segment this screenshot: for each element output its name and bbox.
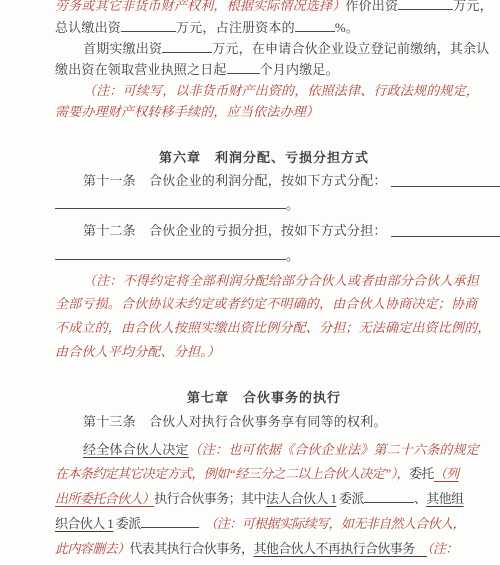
body-text: 执行合伙事务；其中 bbox=[154, 491, 266, 506]
document-line-1: 劳务或其它非货币财产权利，根据实际情况选择）作价出资万元， bbox=[55, 0, 473, 14]
fill-in-blank-tail bbox=[391, 236, 500, 237]
body-text: 委派 bbox=[113, 516, 140, 531]
note-text: （列 bbox=[434, 466, 459, 481]
body-text: %。 bbox=[335, 20, 359, 35]
body-text: 万元，占注册资本的 bbox=[176, 20, 295, 35]
body-text: 缴出资在领取营业执照之日起 bbox=[55, 62, 227, 77]
note-text: 需要办理财产权转移手续的，应当依法办理） bbox=[55, 104, 319, 119]
document-line-12: （注：不得约定将全部利润分配给部分合伙人或者由部分合伙人承担 bbox=[55, 272, 500, 289]
note-text: （注：也可依据《合伙企业法》第二十六条的规定 bbox=[189, 442, 479, 457]
body-text: 其他组 bbox=[426, 491, 463, 506]
body-text: 万元， bbox=[453, 0, 493, 13]
body-text: 织合伙人 1 bbox=[55, 516, 113, 531]
body-text: 法人合伙人 1 bbox=[266, 491, 337, 506]
note-text: （注：可续写，以非货币财产出资的，依照法律、行政法规的规定， bbox=[83, 83, 479, 98]
note-text: 劳务或其它非货币财产权利，根据实际情况选择） bbox=[55, 0, 345, 13]
note-text: 此内容删去） bbox=[55, 541, 129, 556]
fill-in-blank bbox=[295, 19, 335, 32]
document-line-4: 缴出资在领取营业执照之日起个月内缴足。 bbox=[55, 61, 473, 78]
fill-in-blank bbox=[55, 247, 286, 260]
fill-in-blank bbox=[398, 0, 453, 10]
note-text: 出所委托合伙人） bbox=[55, 491, 154, 506]
fill-in-blank bbox=[121, 19, 176, 32]
fill-in-blank-tail bbox=[391, 186, 500, 187]
note-text: （注：可根据实际续写，如无非自然人合伙人， bbox=[199, 516, 465, 531]
note-text: （注：不得约定将全部利润分配给部分合伙人或者由部分合伙人承担 bbox=[83, 273, 479, 288]
body-text: 第十一条 合伙企业的利润分配，按如下方式分配： bbox=[83, 172, 387, 189]
note-text: 不成立的，由合伙人按照实缴出资比例分配、分担；无法确定出资比例的， bbox=[55, 320, 491, 335]
body-text: 其他合伙人不再执行合伙事务 bbox=[253, 541, 427, 556]
document-line-18: 经全体合伙人决定（注：也可依据《合伙企业法》第二十六条的规定 bbox=[55, 441, 500, 458]
body-text: 、 bbox=[414, 491, 426, 506]
note-text: 全部亏损。合伙协议未约定或者约定不明确的，由合伙人协商决定；协商 bbox=[55, 296, 477, 311]
document-line-21: 织合伙人 1 委派 （注：可根据实际续写，如无非自然人合伙人， bbox=[55, 515, 473, 532]
chapter-heading-6: 第六章 利润分配、亏损分担方式 bbox=[55, 149, 473, 166]
body-text: 总认缴出资 bbox=[55, 20, 121, 35]
document-line-3: 首期实缴出资万元，在申请合伙企业设立登记前缴纳，其余认 bbox=[55, 40, 500, 57]
document-line-2: 总认缴出资万元，占注册资本的%。 bbox=[55, 19, 473, 36]
note-text: 在本条约定其它决定方式，例如“经三分之二以上合伙人决定”）， bbox=[55, 466, 409, 481]
document-line-8: 第十一条 合伙企业的利润分配，按如下方式分配： bbox=[55, 172, 500, 189]
note-text: 由合伙人平均分配、分担。） bbox=[55, 344, 220, 359]
body-text: 个月内缴足。 bbox=[260, 62, 339, 77]
body-text: 。 bbox=[286, 197, 299, 212]
chapter-heading-7: 第七章 合伙事务的执行 bbox=[55, 389, 473, 406]
fill-in-blank bbox=[227, 61, 260, 74]
body-text: 委托 bbox=[409, 466, 434, 481]
body-text: 作价出资 bbox=[345, 0, 398, 13]
document-line-11: 。 bbox=[55, 247, 473, 264]
body-text: 代表其执行合伙事务， bbox=[129, 541, 253, 556]
document-line-5: （注：可续写，以非货币财产出资的，依照法律、行政法规的规定， bbox=[55, 82, 500, 99]
document-page: 劳务或其它非货币财产权利，根据实际情况选择）作价出资万元，总认缴出资万元，占注册… bbox=[0, 0, 500, 565]
body-text: 。 bbox=[286, 248, 299, 263]
document-line-9: 。 bbox=[55, 196, 473, 213]
body-text: 经全体合伙人决定 bbox=[83, 442, 189, 457]
fill-in-blank bbox=[162, 40, 212, 53]
fill-in-blank bbox=[55, 196, 286, 209]
body-text: 第十三条 合伙人对执行合伙事务享有同等的权利。 bbox=[83, 414, 387, 429]
document-line-13: 全部亏损。合伙协议未约定或者约定不明确的，由合伙人协商决定；协商 bbox=[55, 295, 473, 312]
body-text: 首期实缴出资 bbox=[83, 41, 162, 56]
body-text: 第六章 利润分配、亏损分担方式 bbox=[159, 150, 369, 165]
fill-in-blank bbox=[364, 490, 414, 503]
document-line-17: 第十三条 合伙人对执行合伙事务享有同等的权利。 bbox=[55, 413, 500, 430]
document-line-14: 不成立的，由合伙人按照实缴出资比例分配、分担；无法确定出资比例的， bbox=[55, 319, 473, 336]
document-line-20: 出所委托合伙人）执行合伙事务；其中法人合伙人 1 委派、其他组 bbox=[55, 490, 473, 507]
document-line-15: 由合伙人平均分配、分担。） bbox=[55, 343, 473, 360]
document-line-22: 此内容删去）代表其执行合伙事务，其他合伙人不再执行合伙事务 （注： bbox=[55, 540, 473, 557]
fill-in-blank bbox=[141, 515, 199, 528]
document-line-10: 第十二条 合伙企业的亏损分担，按如下方式分担： bbox=[55, 222, 500, 239]
body-text: 第七章 合伙事务的执行 bbox=[187, 390, 341, 405]
document-line-6: 需要办理财产权转移手续的，应当依法办理） bbox=[55, 103, 473, 120]
body-text: 第十二条 合伙企业的亏损分担，按如下方式分担： bbox=[83, 222, 387, 239]
body-text: 万元，在申请合伙企业设立登记前缴纳，其余认 bbox=[212, 41, 489, 56]
document-line-19: 在本条约定其它决定方式，例如“经三分之二以上合伙人决定”），委托（列 bbox=[55, 465, 473, 482]
note-text: （注： bbox=[427, 541, 458, 556]
body-text: 委派 bbox=[336, 491, 363, 506]
